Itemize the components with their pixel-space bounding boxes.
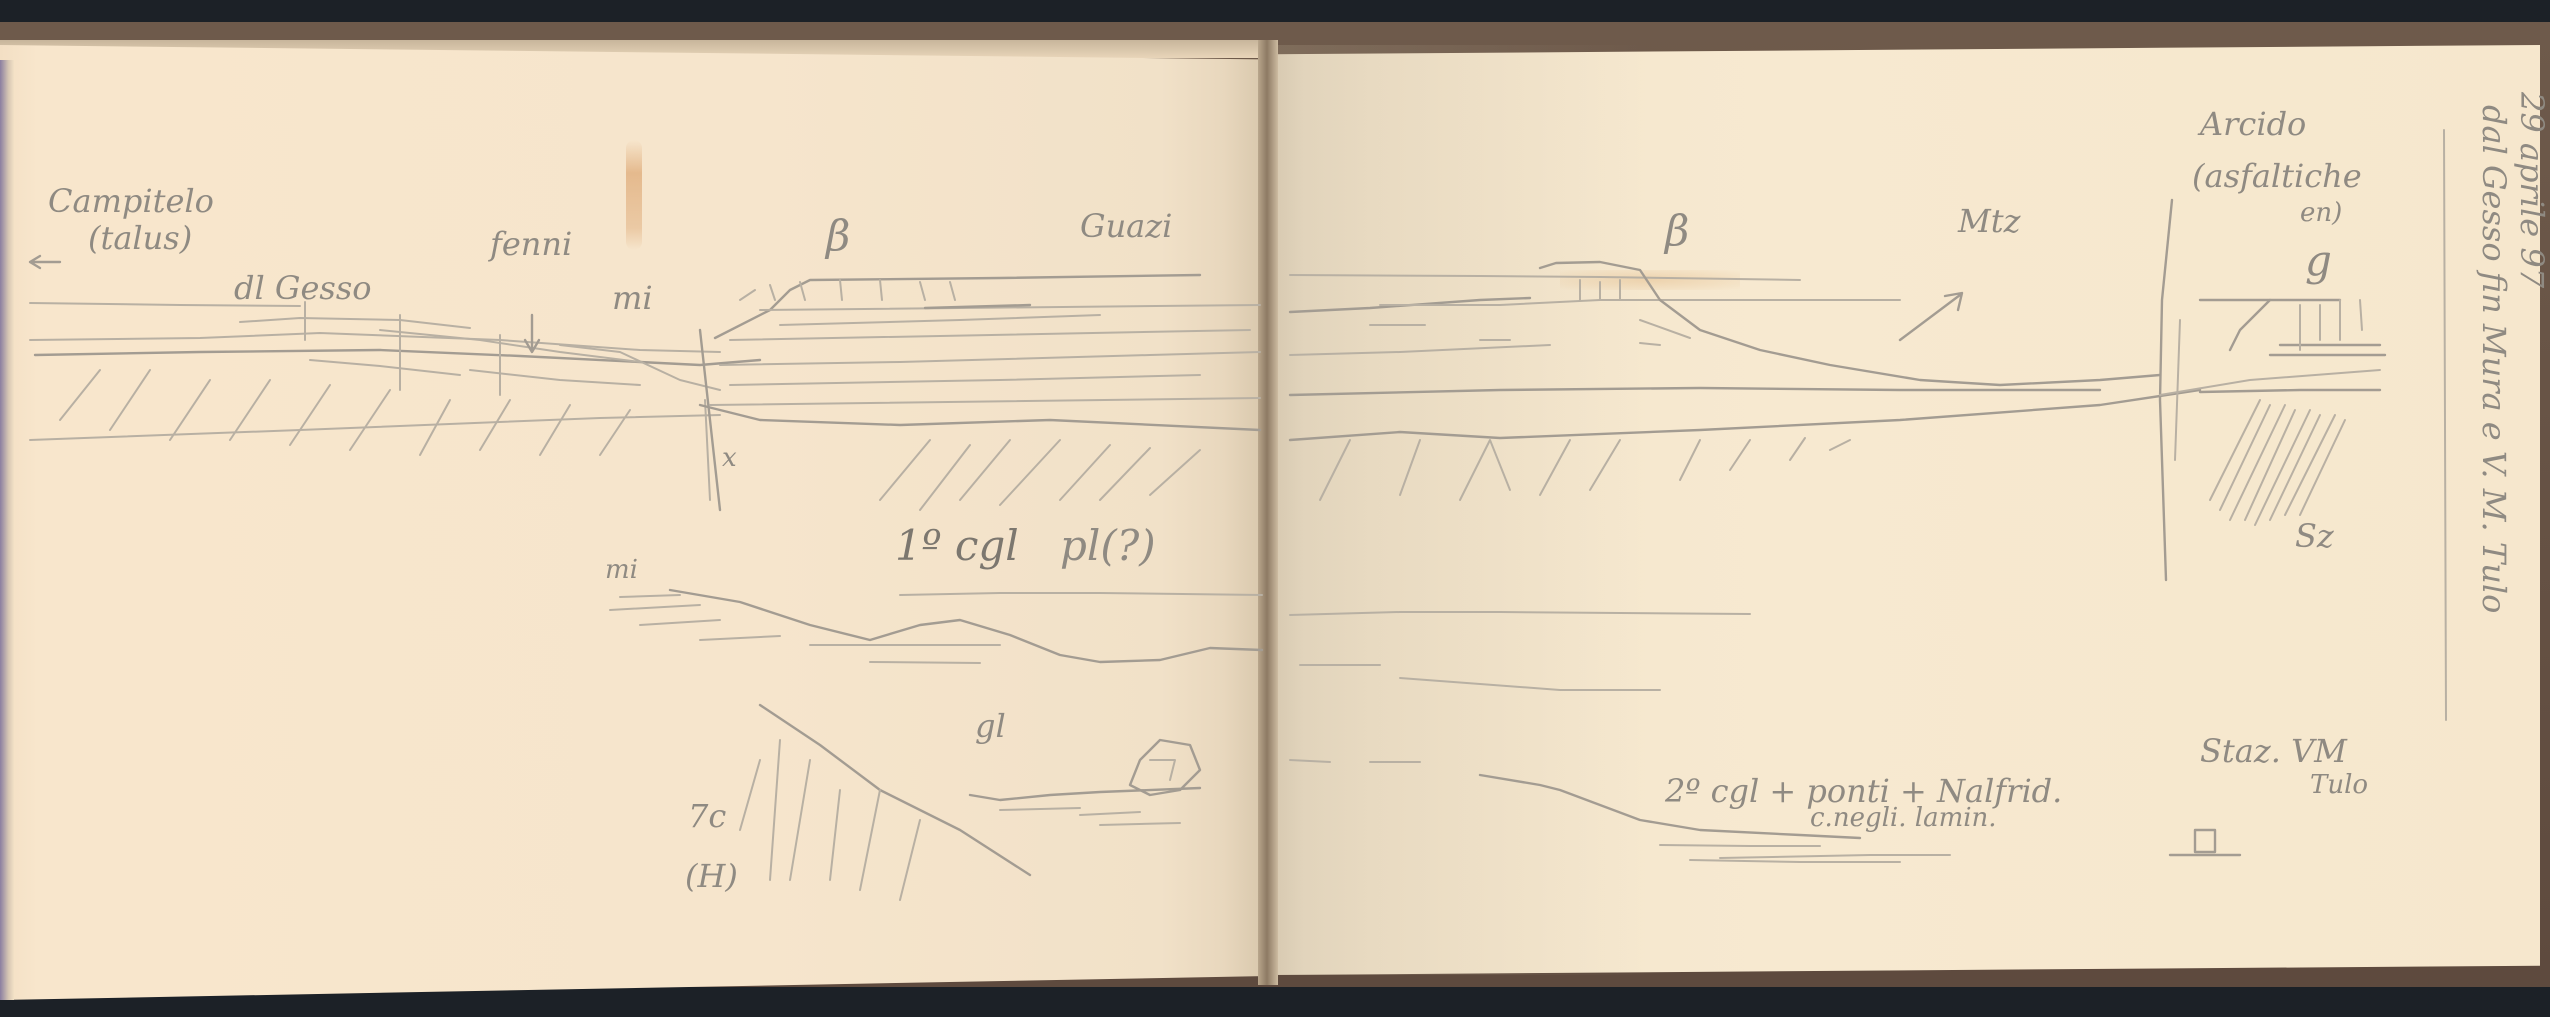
left-page-edge (0, 60, 14, 1000)
annotation-x: x (722, 445, 737, 471)
faint-stain (1560, 270, 1740, 290)
annotation-stazione-2: Tulo (2310, 772, 2368, 798)
annotation-dl-gesso: dl Gesso (234, 272, 372, 304)
annotation-beta-left: β (826, 215, 850, 257)
annotation-mtz: Mtz (1958, 205, 2020, 237)
annotation-mi-lower: mi (605, 557, 638, 583)
annotation-beta-right: β (1665, 210, 1689, 252)
annotation-asphaltic: (asfaltiche (2192, 160, 2362, 192)
annotation-arcidosso: Arcido (2200, 108, 2306, 140)
annotation-guazi: Guazi (1080, 210, 1172, 242)
annotation-asphaltic-2: en) (2300, 200, 2342, 226)
annotation-pl-query: pl(?) (1060, 525, 1156, 567)
right-page-shadow (1272, 45, 1652, 975)
annotation-tc: 7c (688, 800, 726, 832)
rust-stain (626, 140, 642, 250)
annotation-route: dal Gesso fin Mura e V. M. Tulo (2478, 105, 2510, 613)
annotation-talus: (talus) (88, 222, 192, 254)
annotation-stazione: Staz. VM (2200, 735, 2347, 767)
annotation-second-cgl-2: c.negli. lamin. (1810, 805, 1997, 831)
annotation-campitello: Campitelo (48, 185, 214, 217)
annotation-sz: Sz (2295, 520, 2334, 552)
annotation-cgl-lower: gl (975, 710, 1006, 742)
annotation-h: (H) (685, 860, 738, 892)
annotation-first-cgl: 1º cgl (895, 525, 1019, 567)
annotation-mi: mi (612, 282, 653, 314)
annotation-fenni: fenni (490, 228, 572, 260)
notebook-gutter (1258, 40, 1278, 985)
annotation-g: g (2305, 240, 2332, 282)
annotation-date: 29 aprile 97 (2516, 92, 2548, 288)
